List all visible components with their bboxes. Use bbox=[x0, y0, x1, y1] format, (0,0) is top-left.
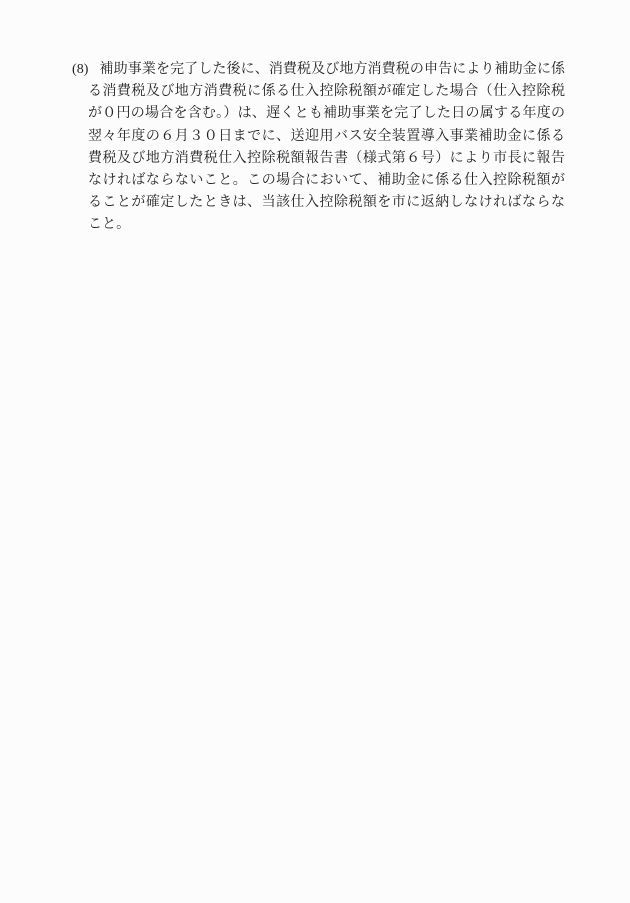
document-page: (8)補助事業を完了した後に、消費税及び地方消費税の申告により補助金に係 る消費… bbox=[0, 0, 630, 903]
paragraph-item-8: (8)補助事業を完了した後に、消費税及び地方消費税の申告により補助金に係 る消費… bbox=[88, 59, 565, 237]
paragraph-line: こと。 bbox=[88, 214, 565, 236]
paragraph-line: 費税及び地方消費税仕入控除税額報告書（様式第６号）により市長に報告し bbox=[88, 148, 565, 170]
paragraph-line: る消費税及び地方消費税に係る仕入控除税額が確定した場合（仕入控除税額 bbox=[88, 81, 565, 103]
paragraph-line: (8)補助事業を完了した後に、消費税及び地方消費税の申告により補助金に係 bbox=[72, 59, 565, 81]
paragraph-line: なければならないこと。この場合において、補助金に係る仕入控除税額があ bbox=[88, 170, 565, 192]
paragraph-line: が０円の場合を含む。）は、遅くとも補助事業を完了した日の属する年度の bbox=[88, 103, 565, 125]
paragraph-line: ることが確定したときは、当該仕入控除税額を市に返納しなければならない bbox=[88, 192, 565, 214]
paragraph-line: 翌々年度の６月３０日までに、送迎用バス安全装置導入事業補助金に係る消 bbox=[88, 126, 565, 148]
line-text: 補助事業を完了した後に、消費税及び地方消費税の申告により補助金に係 bbox=[99, 62, 565, 77]
item-number: (8) bbox=[72, 59, 88, 81]
